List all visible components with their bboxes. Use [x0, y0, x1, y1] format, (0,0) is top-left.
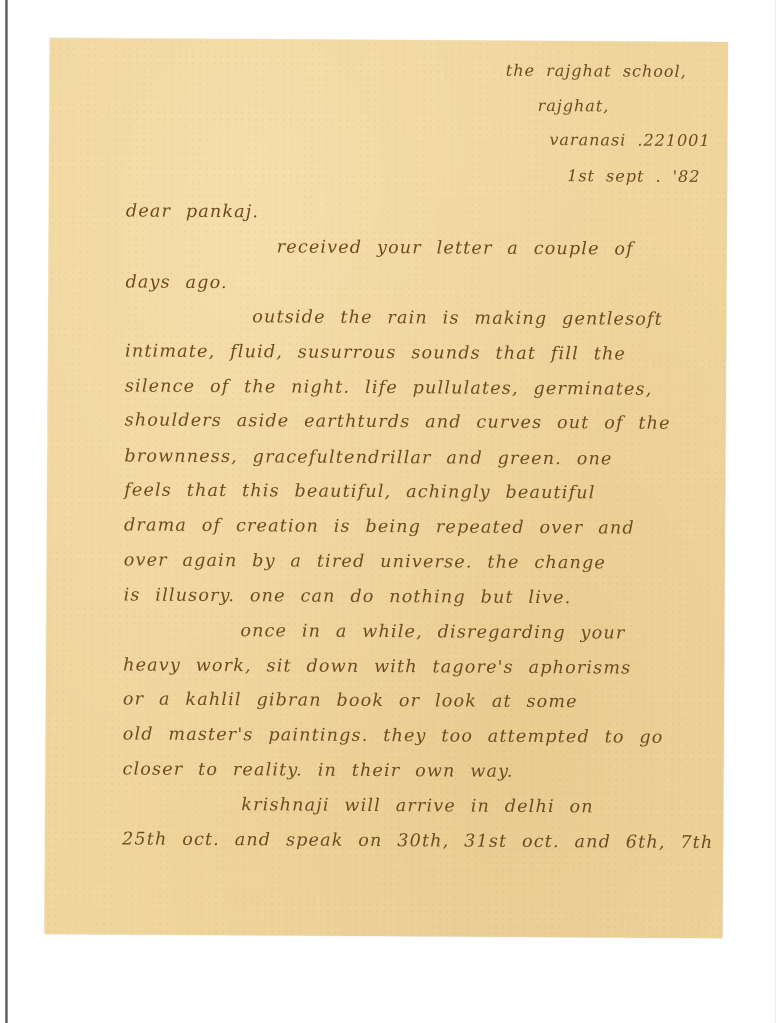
- body-line: is illusory. one can do nothing but live…: [124, 587, 572, 607]
- body-line: krishnaji will arrive in delhi on: [241, 797, 594, 817]
- address-line-3: varanasi .221001: [549, 132, 710, 149]
- address-line-1: the rajghat school,: [506, 63, 687, 80]
- salutation: dear pankaj.: [126, 203, 259, 221]
- body-line: or a kahlil gibran book or look at some: [123, 691, 578, 711]
- body-line: received your letter a couple of: [277, 239, 634, 259]
- body-line: old master's paintings. they too attempt…: [123, 726, 664, 747]
- body-line: once in a while, disregarding your: [240, 623, 625, 643]
- letter-paper: the rajghat school, rajghat, varanasi .2…: [45, 38, 728, 938]
- body-line: intimate, fluid, susurrous sounds that f…: [125, 343, 626, 364]
- body-line: closer to reality. in their own way.: [122, 761, 513, 781]
- right-border-line: [775, 0, 776, 1023]
- body-line: heavy work, sit down with tagore's aphor…: [123, 657, 631, 678]
- letter-date: 1st sept . '82: [567, 168, 700, 185]
- left-border-line: [5, 0, 8, 1023]
- body-line: drama of creation is being repeated over…: [124, 517, 635, 538]
- body-line: outside the rain is making gentlesoft: [252, 309, 663, 329]
- body-line: feels that this beautiful, achingly beau…: [124, 482, 595, 502]
- body-line: over again by a tired universe. the chan…: [124, 552, 606, 572]
- body-line: shoulders aside earthturds and curves ou…: [125, 412, 671, 433]
- address-line-2: rajghat,: [538, 98, 610, 114]
- body-line: 25th oct. and speak on 30th, 31st oct. a…: [122, 831, 713, 852]
- body-line: silence of the night. life pullulates, g…: [125, 378, 653, 399]
- body-line: brownness, gracefultendrillar and green.…: [124, 448, 612, 468]
- body-line: days ago.: [125, 274, 227, 292]
